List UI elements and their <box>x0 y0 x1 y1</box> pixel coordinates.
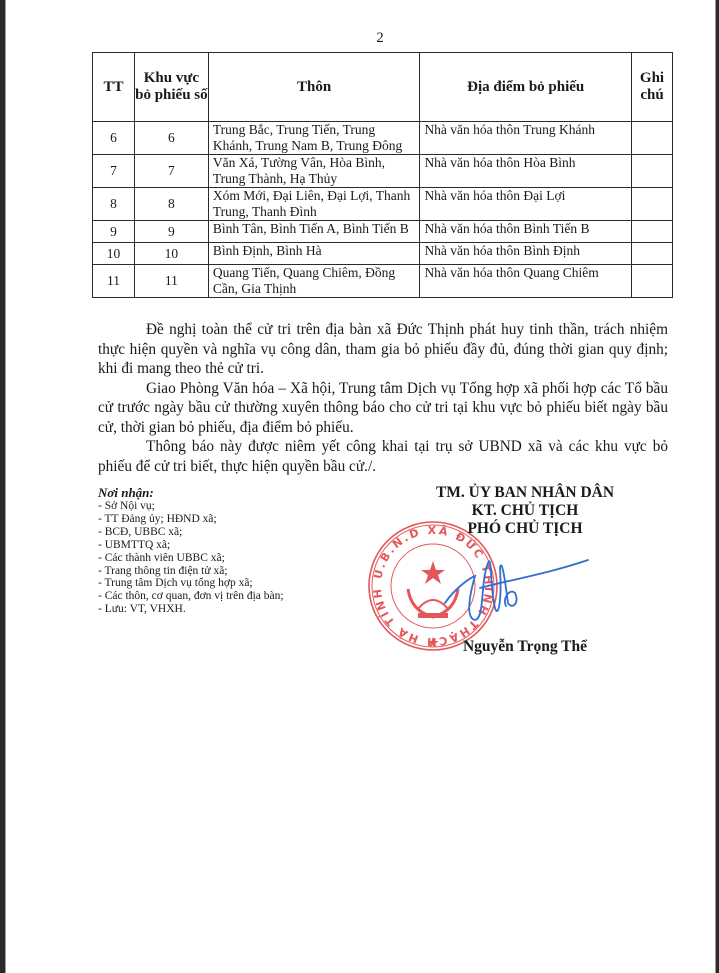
cell-location: Nhà văn hóa thôn Hòa Bình <box>420 155 632 188</box>
signer-name: Nguyễn Trọng Thể <box>420 638 630 656</box>
recipient-item: - Lưu: VT, VHXH. <box>98 603 284 616</box>
table-header-row: TT Khu vực bỏ phiếu số Thôn Địa điểm bỏ … <box>93 53 673 122</box>
recipient-item: - Các thành viên UBBC xã; <box>98 552 284 565</box>
cell-location: Nhà văn hóa thôn Trung Khánh <box>420 122 632 155</box>
cell-area-number: 8 <box>134 188 208 221</box>
cell-note <box>632 221 673 243</box>
recipient-item: - Sở Nội vụ; <box>98 500 284 513</box>
recipients-title: Nơi nhận: <box>98 485 284 500</box>
recipient-item: - UBMTTQ xã; <box>98 539 284 552</box>
cell-location: Nhà văn hóa thôn Quang Chiêm <box>420 265 632 298</box>
cell-location: Nhà văn hóa thôn Bình Định <box>420 243 632 265</box>
header-area-number: Khu vực bỏ phiếu số <box>134 53 208 122</box>
cell-area-number: 11 <box>134 265 208 298</box>
recipients-block: Nơi nhận: - Sở Nội vụ;- TT Đảng ủy; HĐND… <box>98 485 284 616</box>
header-tt: TT <box>93 53 135 122</box>
recipient-item: - Trang thông tin điện tử xã; <box>98 565 284 578</box>
body-text: Đề nghị toàn thể cử tri trên địa bàn xã … <box>98 320 668 476</box>
paragraph-3: Thông báo này được niêm yết công khai tạ… <box>98 437 668 476</box>
cell-area-number: 9 <box>134 221 208 243</box>
table-row: 66Trung Bắc, Trung Tiến, Trung Khánh, Tr… <box>93 122 673 155</box>
signature-icon <box>440 548 590 628</box>
cell-note <box>632 243 673 265</box>
cell-tt: 9 <box>93 221 135 243</box>
cell-village: Bình Tân, Bình Tiến A, Bình Tiến B <box>208 221 420 243</box>
page-number: 2 <box>0 30 719 47</box>
cell-tt: 11 <box>93 265 135 298</box>
recipients-list: - Sở Nội vụ;- TT Đảng ủy; HĐND xã;- BCĐ,… <box>98 500 284 616</box>
cell-village: Bình Định, Bình Hà <box>208 243 420 265</box>
cell-note <box>632 155 673 188</box>
cell-village: Quang Tiến, Quang Chiêm, Đồng Cần, Gia T… <box>208 265 420 298</box>
cell-tt: 7 <box>93 155 135 188</box>
header-village: Thôn <box>208 53 420 122</box>
polling-station-table: TT Khu vực bỏ phiếu số Thôn Địa điểm bỏ … <box>92 52 673 298</box>
cell-tt: 10 <box>93 243 135 265</box>
viewer-right-edge <box>715 0 716 973</box>
signature-block: TM. ỦY BAN NHÂN DÂN KT. CHỦ TỊCH PHÓ CHỦ… <box>400 484 650 538</box>
cell-village: Văn Xá, Tường Vân, Hòa Bình, Trung Thành… <box>208 155 420 188</box>
cell-village: Xóm Mới, Đại Liên, Đại Lợi, Thanh Trung,… <box>208 188 420 221</box>
cell-tt: 6 <box>93 122 135 155</box>
cell-area-number: 7 <box>134 155 208 188</box>
header-location: Địa điểm bỏ phiếu <box>420 53 632 122</box>
recipient-item: - Trung tâm Dịch vụ tổng hợp xã; <box>98 577 284 590</box>
paragraph-1: Đề nghị toàn thể cử tri trên địa bàn xã … <box>98 320 668 379</box>
cell-location: Nhà văn hóa thôn Đại Lợi <box>420 188 632 221</box>
table-row: 1111Quang Tiến, Quang Chiêm, Đồng Cần, G… <box>93 265 673 298</box>
cell-note <box>632 122 673 155</box>
recipient-item: - BCĐ, UBBC xã; <box>98 526 284 539</box>
recipient-item: - TT Đảng ủy; HĐND xã; <box>98 513 284 526</box>
recipient-item: - Các thôn, cơ quan, đơn vị trên địa bàn… <box>98 590 284 603</box>
paragraph-2: Giao Phòng Văn hóa – Xã hội, Trung tâm D… <box>98 379 668 438</box>
cell-location: Nhà văn hóa thôn Bình Tiến B <box>420 221 632 243</box>
cell-tt: 8 <box>93 188 135 221</box>
cell-area-number: 6 <box>134 122 208 155</box>
table-row: 1010Bình Định, Bình HàNhà văn hóa thôn B… <box>93 243 673 265</box>
sign-line-1: TM. ỦY BAN NHÂN DÂN <box>400 484 650 502</box>
cell-village: Trung Bắc, Trung Tiến, Trung Khánh, Trun… <box>208 122 420 155</box>
table-row: 99Bình Tân, Bình Tiến A, Bình Tiến BNhà … <box>93 221 673 243</box>
cell-note <box>632 188 673 221</box>
table-row: 77Văn Xá, Tường Vân, Hòa Bình, Trung Thà… <box>93 155 673 188</box>
sign-line-2: KT. CHỦ TỊCH <box>400 502 650 520</box>
sign-line-3: PHÓ CHỦ TỊCH <box>400 520 650 538</box>
viewer-left-edge <box>5 0 6 973</box>
cell-area-number: 10 <box>134 243 208 265</box>
table-row: 88Xóm Mới, Đại Liên, Đại Lợi, Thanh Trun… <box>93 188 673 221</box>
header-note: Ghi chú <box>632 53 673 122</box>
cell-note <box>632 265 673 298</box>
